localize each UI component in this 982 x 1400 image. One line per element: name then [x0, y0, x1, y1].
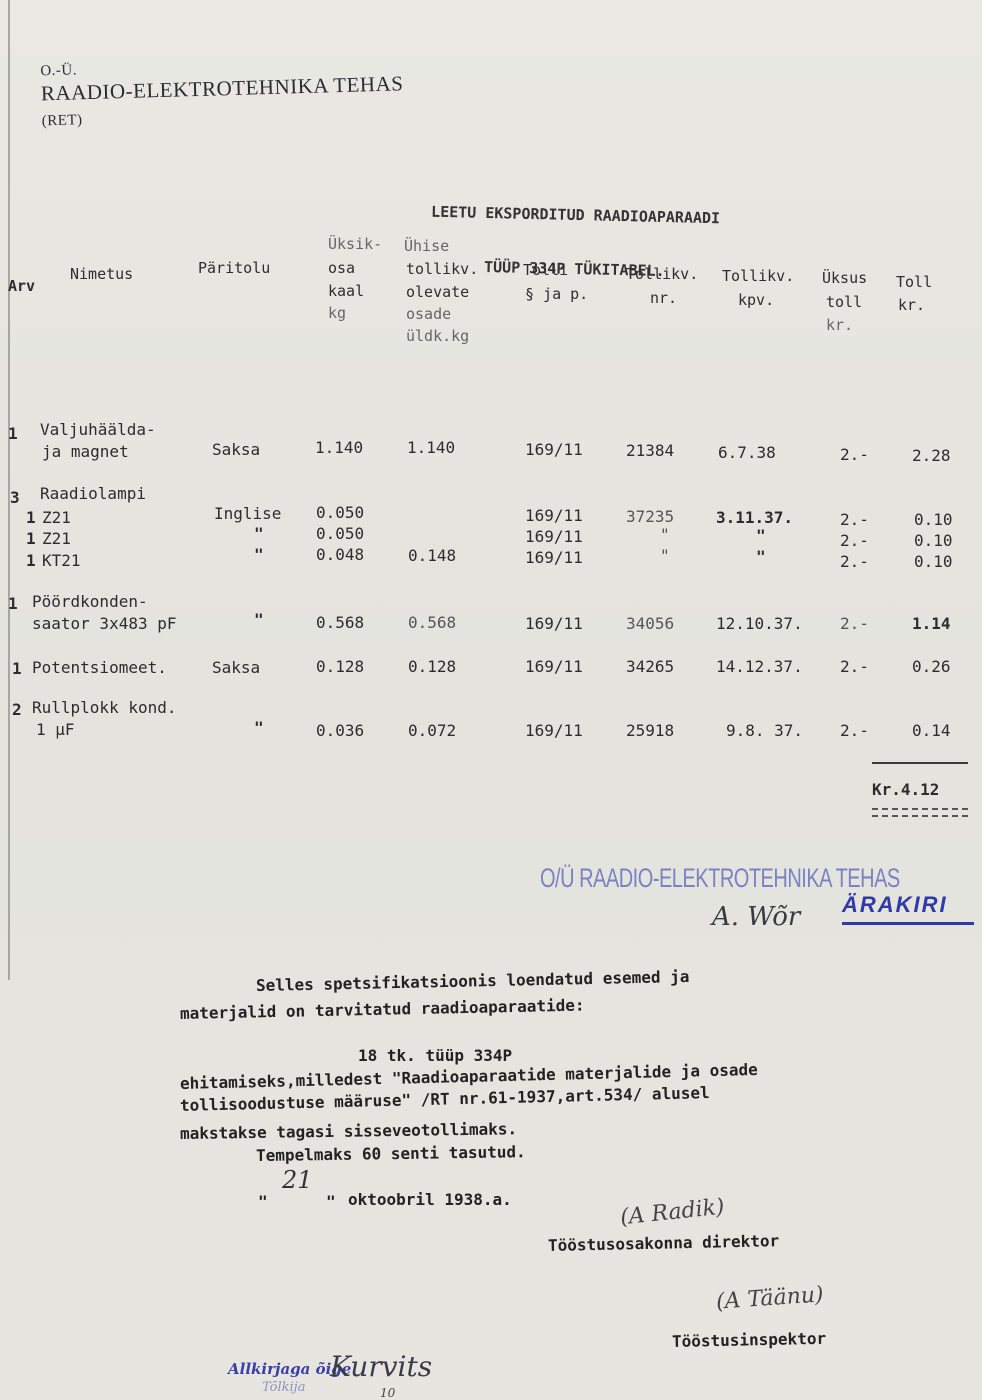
cell-nimetus: Valjuhäälda- — [40, 420, 156, 439]
header-toll-2: kr. — [898, 297, 925, 313]
cell-kaal: 0.048 — [316, 545, 364, 564]
inspector-signature: (A Täänu) — [715, 1282, 824, 1314]
cell-uksus: 2.- — [840, 657, 869, 676]
header-tollikv-nr-1: Tollikv. — [626, 266, 698, 282]
total-double-rule — [872, 808, 968, 817]
cell-nimetus: Z21 — [42, 508, 71, 527]
date-day: 21 — [282, 1166, 313, 1194]
cell-nr: " — [660, 525, 670, 544]
body-para1-line1: Selles spetsifikatsioonis loendatud esem… — [256, 967, 690, 995]
cell-nimetus: Rullplokk kond. — [32, 698, 177, 717]
cell-kaal: 1.140 — [315, 438, 363, 457]
cell-kpv: 3.11.37. — [716, 508, 793, 527]
header-uhise-3: osade — [406, 306, 451, 322]
body-quantity: 18 tk. tüüp 334P — [358, 1046, 512, 1065]
page-mark: 10 — [380, 1386, 395, 1400]
certify-subtitle: Tõlkija — [262, 1380, 305, 1395]
header-toll-1: Toll — [896, 274, 932, 290]
cell-tolli: 169/11 — [525, 548, 583, 567]
cell-nimetus: Raadiolampi — [40, 484, 146, 503]
cell-kaal: 0.050 — [316, 503, 364, 522]
date-close-quote: " — [326, 1192, 336, 1211]
cell-paritolu: " — [254, 718, 264, 737]
header-arv: Arv — [8, 278, 35, 294]
cell-arv: 1 — [26, 529, 36, 548]
title-line-1: LEETU EKSPORDITUD RAADIOAPARAADI — [360, 201, 790, 229]
cell-nr: 25918 — [626, 721, 674, 740]
cell-kpv: 6.7.38 — [718, 443, 776, 462]
header-tollikv-nr-2: nr. — [650, 290, 677, 306]
cell-nr: 34056 — [626, 614, 674, 633]
header-uksus-3: kr. — [826, 317, 853, 333]
cell-kaal: 0.568 — [316, 613, 364, 632]
cell-uldk: 0.568 — [408, 613, 456, 632]
cell-nimetus: Potentsiomeet. — [32, 658, 167, 677]
cell-uksus: 2.- — [840, 510, 869, 529]
director-signature: (A Radik) — [619, 1195, 726, 1231]
cell-uldk: 0.128 — [408, 657, 456, 676]
cell-paritolu: " — [254, 610, 264, 629]
body-para1-line2: materjalid on tarvitatud raadioaparaatid… — [180, 996, 585, 1023]
cell-nimetus-2: saator 3x483 pF — [32, 614, 177, 633]
cell-nimetus-2: 1 µF — [36, 720, 75, 739]
cell-tolli: 169/11 — [525, 614, 583, 633]
cell-paritolu: " — [254, 524, 264, 543]
cell-tolli: 169/11 — [525, 440, 583, 459]
director-title: Tööstusosakonna direktor — [548, 1231, 780, 1255]
header-uksik-2: kaal — [328, 283, 364, 299]
cell-kaal: 0.128 — [316, 657, 364, 676]
header-tolli-2: § ja p. — [525, 286, 588, 302]
cell-arv: 1 — [8, 424, 18, 443]
cell-arv: 2 — [12, 700, 22, 719]
cell-arv: 3 — [10, 488, 20, 507]
total-rule — [872, 762, 968, 764]
cell-uldk: 0.148 — [408, 546, 456, 565]
copy-stamp: ÄRAKIRI — [842, 892, 948, 918]
total-amount: Kr.4.12 — [872, 780, 939, 799]
cell-nimetus: Pöördkonden- — [32, 592, 148, 611]
cell-tolli: 169/11 — [525, 657, 583, 676]
header-uksik-3: kg — [328, 305, 346, 321]
cell-arv: 1 — [26, 551, 36, 570]
cell-kaal: 0.036 — [316, 721, 364, 740]
header-tollikv-kpv-1: Tollikv. — [722, 268, 794, 284]
cell-uksus: 2.- — [840, 614, 869, 633]
cell-nimetus: KT21 — [42, 551, 81, 570]
cell-tolli: 169/11 — [525, 527, 583, 546]
cell-toll: 1.14 — [912, 614, 951, 633]
letterhead-company: RAADIO-ELEKTROTEHNIKA TEHAS — [41, 71, 404, 105]
company-stamp: O/Ü RAADIO-ELEKTROTEHNIKA TEHAS — [540, 864, 900, 895]
cell-toll: 0.26 — [912, 657, 951, 676]
letterhead-prefix: O.-Ü. — [40, 62, 77, 79]
cell-kpv: " — [756, 526, 766, 545]
cell-toll: 0.10 — [914, 552, 953, 571]
cell-kaal: 0.050 — [316, 524, 364, 543]
header-tollikv-kpv-2: kpv. — [738, 292, 774, 308]
cell-nr: 37235 — [626, 507, 674, 526]
cell-tolli: 169/11 — [525, 721, 583, 740]
cell-uldk: 0.072 — [408, 721, 456, 740]
header-uhise-2: olevate — [406, 284, 469, 300]
cell-paritolu: Saksa — [212, 440, 260, 459]
document-page: O.-Ü. RAADIO-ELEKTROTEHNIKA TEHAS (RET) … — [0, 0, 982, 1400]
cell-arv: 1 — [8, 594, 18, 613]
cell-nimetus-2: ja magnet — [42, 442, 129, 461]
cell-toll: 0.10 — [914, 531, 953, 550]
cell-paritolu: Saksa — [212, 658, 260, 677]
body-stamp-fee: Tempelmaks 60 senti tasutud. — [256, 1142, 526, 1165]
header-uksus-2: toll — [826, 294, 862, 310]
header-tolli-1: Tolli — [523, 262, 568, 278]
cell-paritolu: " — [254, 545, 264, 564]
copy-stamp-underline — [842, 922, 974, 925]
cell-uksus: 2.- — [840, 552, 869, 571]
cell-nr: " — [660, 546, 670, 565]
header-uksus-1: Üksus — [822, 270, 867, 286]
cell-kpv: " — [756, 547, 766, 566]
cell-nr: 34265 — [626, 657, 674, 676]
cell-toll: 2.28 — [912, 446, 951, 465]
date-rest: oktoobril 1938.a. — [348, 1190, 512, 1209]
header-uhise-1: tollikv. — [406, 261, 478, 277]
cell-uksus: 2.- — [840, 721, 869, 740]
stamp-signature: A. Wõr — [712, 902, 800, 932]
cell-uksus: 2.- — [840, 531, 869, 550]
cell-kpv: 9.8. 37. — [726, 721, 803, 740]
cell-toll: 0.14 — [912, 721, 951, 740]
certify-signature: Kurvits — [330, 1350, 432, 1383]
cell-toll: 0.10 — [914, 510, 953, 529]
cell-arv: 1 — [26, 508, 36, 527]
cell-uksus: 2.- — [840, 445, 869, 464]
cell-nr: 21384 — [626, 441, 674, 460]
cell-kpv: 14.12.37. — [716, 657, 803, 676]
inspector-title: Tööstusinspektor — [672, 1329, 826, 1351]
cell-nimetus: Z21 — [42, 529, 71, 548]
cell-arv: 1 — [12, 659, 22, 678]
letterhead-abbrev: (RET) — [42, 112, 83, 129]
header-paritolu: Päritolu — [198, 260, 270, 276]
header-uksik-top: Üksik- — [328, 236, 382, 252]
cell-kpv: 12.10.37. — [716, 614, 803, 633]
body-para2-line3: makstakse tagasi sisseveotollimaks. — [180, 1119, 517, 1143]
date-open-quote: " — [258, 1192, 268, 1211]
letterhead: O.-Ü. RAADIO-ELEKTROTEHNIKA TEHAS (RET) — [16, 21, 405, 157]
header-uhise-top: Ühise — [404, 238, 449, 254]
cell-tolli: 169/11 — [525, 506, 583, 525]
header-uksik-1: osa — [328, 260, 355, 276]
header-nimetus: Nimetus — [70, 266, 133, 282]
header-uhise-4: üldk.kg — [406, 328, 469, 344]
cell-paritolu: Inglise — [214, 504, 281, 523]
cell-uldk: 1.140 — [407, 438, 455, 457]
